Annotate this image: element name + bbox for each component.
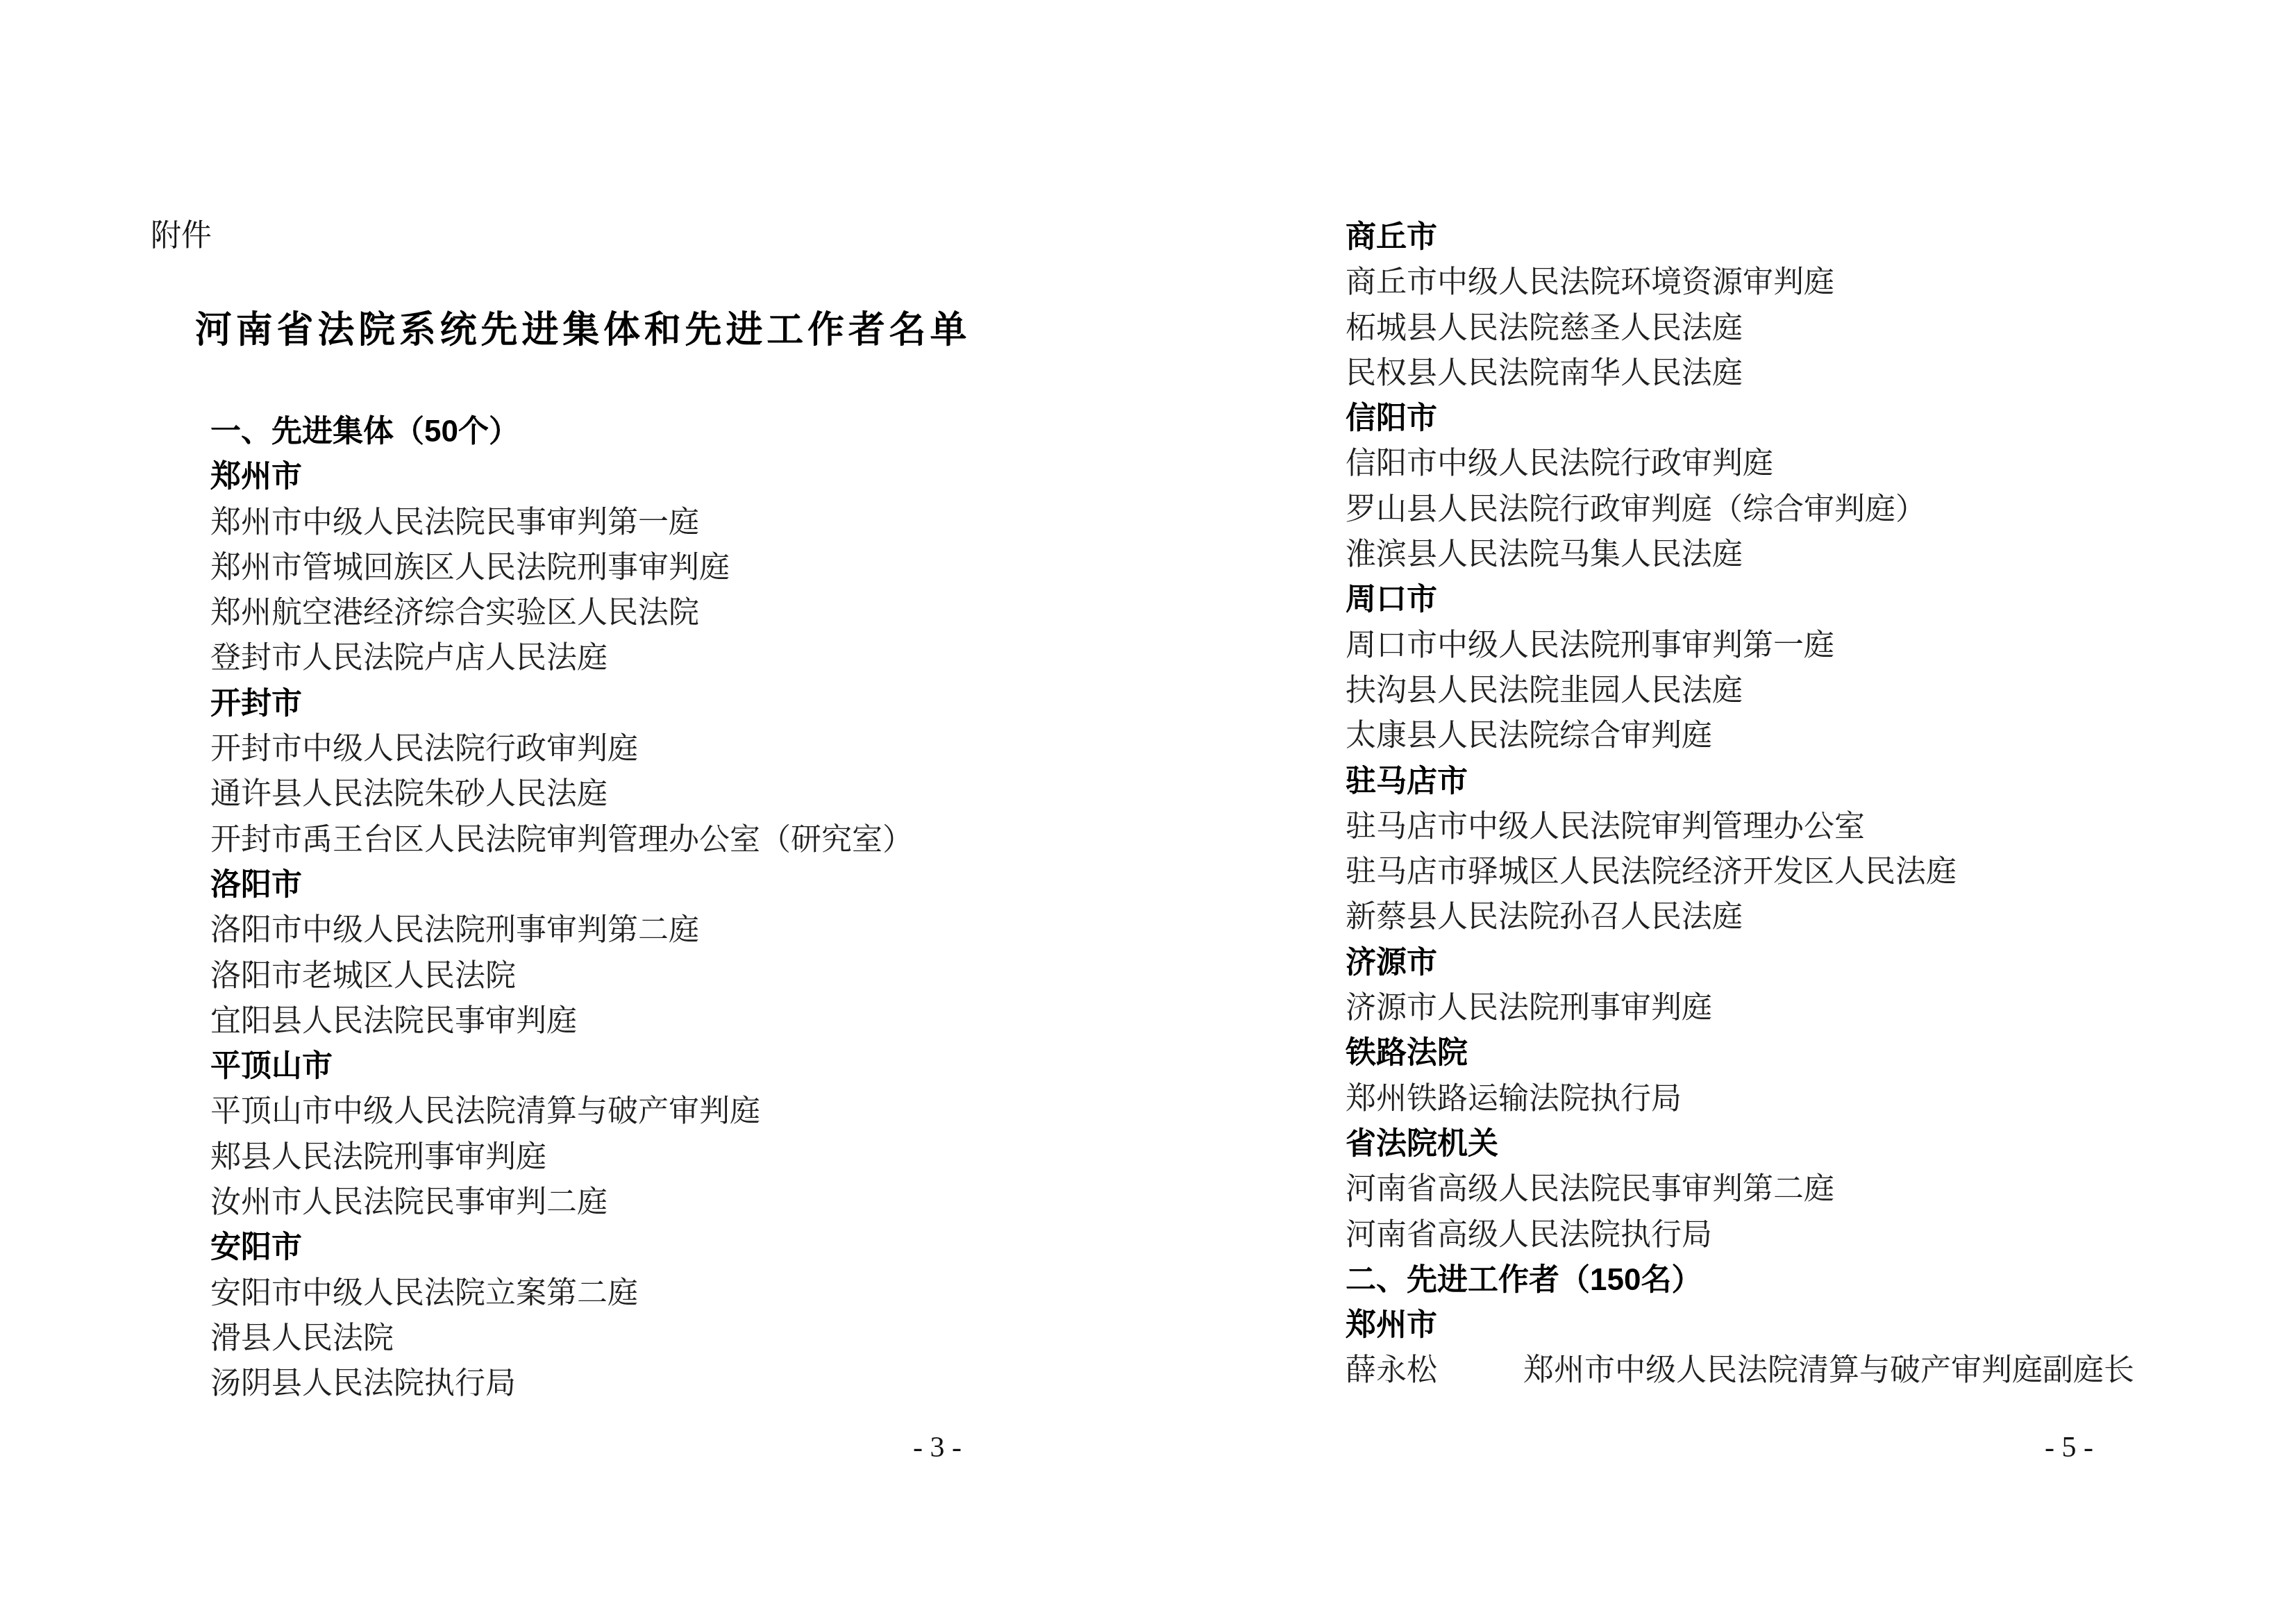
line-text: 二、先进工作者（150名）	[1346, 1257, 1702, 1303]
attachment-label: 附件	[151, 215, 212, 257]
list-item: 郏县人民法院刑事审判庭	[210, 1135, 913, 1180]
list-item: 柘城县人民法院慈圣人民法庭	[1346, 305, 2134, 351]
list-item: 平顶山市中级人民法院清算与破产审判庭	[210, 1089, 913, 1134]
line-text: 安阳市中级人民法院立案第二庭	[210, 1271, 638, 1316]
line-text: 商丘市中级人民法院环境资源审判庭	[1346, 260, 1834, 305]
list-item: 洛阳市中级人民法院刑事审判第二庭	[210, 907, 913, 953]
line-text: 罗山县人民法院行政审判庭（综合审判庭）	[1346, 487, 1926, 532]
line-text: 安阳市	[210, 1225, 302, 1270]
list-item: 济源市人民法院刑事审判庭	[1346, 985, 2134, 1030]
line-text: 驻马店市中级人民法院审判管理办公室	[1346, 804, 1865, 849]
section-heading: 二、先进工作者（150名）	[1346, 1257, 2134, 1303]
list-item: 郑州市中级人民法院民事审判第一庭	[210, 500, 913, 545]
line-text: 河南省高级人民法院民事审判第二庭	[1346, 1166, 1834, 1212]
list-item: 郑州航空港经济综合实验区人民法院	[210, 590, 913, 635]
line-text: 汤阴县人民法院执行局	[210, 1361, 516, 1406]
list-item: 通许县人民法院朱砂人民法庭	[210, 771, 913, 817]
person-position: 郑州市中级人民法院清算与破产审判庭副庭长	[1523, 1353, 2134, 1387]
line-text: 铁路法院	[1346, 1030, 1468, 1075]
name-entry: 薛永松郑州市中级人民法院清算与破产审判庭副庭长	[1346, 1348, 2134, 1393]
line-text: 一、先进集体（50个）	[210, 409, 519, 454]
line-text: 洛阳市	[210, 862, 302, 907]
line-text: 太康县人民法院综合审判庭	[1346, 713, 1712, 758]
city-header: 安阳市	[210, 1225, 913, 1270]
list-item: 河南省高级人民法院执行局	[1346, 1212, 2134, 1257]
city-header: 铁路法院	[1346, 1030, 2134, 1075]
list-item: 宜阳县人民法院民事审判庭	[210, 998, 913, 1044]
section-heading: 一、先进集体（50个）	[210, 409, 913, 454]
line-text: 郑州市	[210, 454, 302, 499]
list-item: 周口市中级人民法院刑事审判第一庭	[1346, 623, 2134, 668]
list-item: 商丘市中级人民法院环境资源审判庭	[1346, 260, 2134, 305]
line-text: 驻马店市	[1346, 759, 1468, 804]
line-text: 河南省高级人民法院执行局	[1346, 1212, 1712, 1257]
line-text: 汝州市人民法院民事审判二庭	[210, 1180, 608, 1225]
line-text: 洛阳市中级人民法院刑事审判第二庭	[210, 907, 699, 953]
document-page: 附件 河南省法院系统先进集体和先进工作者名单 一、先进集体（50个）郑州市郑州市…	[0, 0, 2287, 1624]
list-item: 洛阳市老城区人民法院	[210, 953, 913, 998]
person-name: 薛永松	[1346, 1348, 1523, 1393]
city-header: 洛阳市	[210, 862, 913, 907]
doc-title: 河南省法院系统先进集体和先进工作者名单	[195, 306, 971, 355]
city-header: 周口市	[1346, 577, 2134, 622]
left-page-column: 一、先进集体（50个）郑州市郑州市中级人民法院民事审判第一庭郑州市管城回族区人民…	[210, 409, 913, 1407]
line-text: 省法院机关	[1346, 1121, 1498, 1166]
city-header: 郑州市	[1346, 1303, 2134, 1348]
list-item: 罗山县人民法院行政审判庭（综合审判庭）	[1346, 487, 2134, 532]
line-text: 郑州航空港经济综合实验区人民法院	[210, 590, 699, 635]
line-text: 商丘市	[1346, 215, 1437, 260]
line-text: 柘城县人民法院慈圣人民法庭	[1346, 305, 1743, 351]
line-text: 平顶山市中级人民法院清算与破产审判庭	[210, 1089, 760, 1134]
line-text: 郑州铁路运输法院执行局	[1346, 1076, 1682, 1121]
line-text: 扶沟县人民法院韭园人民法庭	[1346, 668, 1743, 713]
list-item: 安阳市中级人民法院立案第二庭	[210, 1271, 913, 1316]
line-text: 济源市人民法院刑事审判庭	[1346, 985, 1712, 1030]
list-item: 河南省高级人民法院民事审判第二庭	[1346, 1166, 2134, 1212]
line-text: 通许县人民法院朱砂人民法庭	[210, 771, 608, 817]
line-text: 驻马店市驿城区人民法院经济开发区人民法庭	[1346, 849, 1957, 894]
line-text: 滑县人民法院	[210, 1316, 394, 1361]
city-header: 商丘市	[1346, 215, 2134, 260]
line-text: 郑州市管城回族区人民法院刑事审判庭	[210, 545, 730, 590]
line-text: 信阳市	[1346, 396, 1437, 441]
city-header: 开封市	[210, 681, 913, 726]
list-item: 开封市中级人民法院行政审判庭	[210, 726, 913, 771]
line-text: 信阳市中级人民法院行政审判庭	[1346, 441, 1773, 486]
list-item: 信阳市中级人民法院行政审判庭	[1346, 441, 2134, 486]
list-item: 郑州市管城回族区人民法院刑事审判庭	[210, 545, 913, 590]
page-number-left: - 3 -	[868, 1425, 1007, 1471]
list-item: 新蔡县人民法院孙召人民法庭	[1346, 894, 2134, 939]
line-text: 民权县人民法院南华人民法庭	[1346, 351, 1743, 396]
line-text: 周口市中级人民法院刑事审判第一庭	[1346, 623, 1834, 668]
page-number-right: - 5 -	[2000, 1425, 2138, 1471]
list-item: 扶沟县人民法院韭园人民法庭	[1346, 668, 2134, 713]
line-text: 宜阳县人民法院民事审判庭	[210, 998, 577, 1044]
list-item: 驻马店市驿城区人民法院经济开发区人民法庭	[1346, 849, 2134, 894]
line-text: 平顶山市	[210, 1044, 333, 1089]
highlighted-item: 淮滨县人民法院马集人民法庭	[1346, 532, 2134, 577]
list-item: 郑州铁路运输法院执行局	[1346, 1076, 2134, 1121]
city-header: 驻马店市	[1346, 759, 2134, 804]
line-text: 郑州市中级人民法院民事审判第一庭	[210, 500, 699, 545]
list-item: 开封市禹王台区人民法院审判管理办公室（研究室）	[210, 817, 913, 862]
line-text: 周口市	[1346, 577, 1437, 622]
list-item: 汤阴县人民法院执行局	[210, 1361, 913, 1406]
list-item: 登封市人民法院卢店人民法庭	[210, 635, 913, 680]
list-item: 民权县人民法院南华人民法庭	[1346, 351, 2134, 396]
line-text: 开封市禹王台区人民法院审判管理办公室（研究室）	[210, 817, 913, 862]
city-header: 省法院机关	[1346, 1121, 2134, 1166]
list-item: 汝州市人民法院民事审判二庭	[210, 1180, 913, 1225]
list-item: 太康县人民法院综合审判庭	[1346, 713, 2134, 758]
line-text: 登封市人民法院卢店人民法庭	[210, 635, 608, 680]
city-header: 信阳市	[1346, 396, 2134, 441]
line-text: 郏县人民法院刑事审判庭	[210, 1135, 546, 1180]
line-text: 济源市	[1346, 940, 1437, 985]
line-text: 郑州市	[1346, 1303, 1437, 1348]
line-text: 开封市中级人民法院行政审判庭	[210, 726, 638, 771]
list-item: 驻马店市中级人民法院审判管理办公室	[1346, 804, 2134, 849]
city-header: 郑州市	[210, 454, 913, 499]
line-text: 新蔡县人民法院孙召人民法庭	[1346, 894, 1743, 939]
city-header: 平顶山市	[210, 1044, 913, 1089]
line-text: 淮滨县人民法院马集人民法庭	[1346, 532, 1743, 577]
city-header: 济源市	[1346, 940, 2134, 985]
right-page-column: 商丘市商丘市中级人民法院环境资源审判庭柘城县人民法院慈圣人民法庭民权县人民法院南…	[1346, 215, 2134, 1393]
line-text: 洛阳市老城区人民法院	[210, 953, 516, 998]
list-item: 滑县人民法院	[210, 1316, 913, 1361]
line-text: 开封市	[210, 681, 302, 726]
